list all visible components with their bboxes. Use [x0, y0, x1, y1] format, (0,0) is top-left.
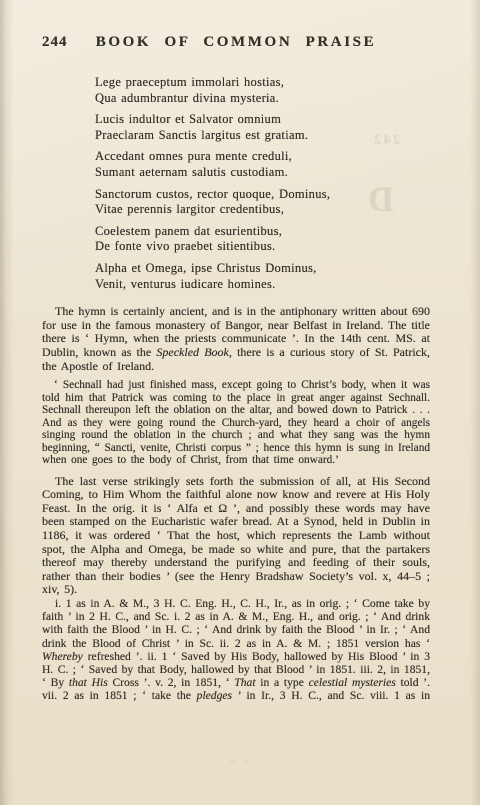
hymn-couplet: Coelestem panem dat esurientibus, De fon… — [95, 224, 430, 255]
running-header: 244 BOOK OF COMMON PRAISE — [42, 34, 430, 54]
bleedthrough-signature-mark: × × — [226, 756, 250, 768]
fore-edge-shadow — [470, 0, 480, 805]
page-number: 244 — [42, 34, 68, 51]
hymn-couplet: Sanctorum custos, rector quoque, Dominus… — [95, 187, 430, 218]
running-title: BOOK OF COMMON PRAISE — [42, 34, 430, 51]
speckled-book-quotation: ‘ Sechnall had just finished mass, excep… — [42, 379, 430, 467]
hymn-couplet: Lege praeceptum immolari hostias, Qua ad… — [95, 75, 430, 106]
book-page: 242 D × × 244 BOOK OF COMMON PRAISE Lege… — [0, 0, 480, 805]
paragraph-last-verse: The last verse strikingly sets forth the… — [42, 475, 430, 597]
gutter-shadow — [0, 0, 14, 805]
paragraph-textual-notes: i. 1 as in A. & M., 3 H. C. Eng. H., C. … — [42, 597, 430, 703]
hymn-couplet: Lucis indultor et Salvator omnium Praecl… — [95, 112, 430, 143]
paragraph-hymn-history: The hymn is certainly ancient, and is in… — [42, 305, 430, 373]
hymn-couplet: Accedant omnes pura mente creduli, Suman… — [95, 149, 430, 180]
hymn-latin-verses: Lege praeceptum immolari hostias, Qua ad… — [95, 75, 430, 292]
hymn-couplet: Alpha et Omega, ipse Christus Dominus, V… — [95, 261, 430, 292]
